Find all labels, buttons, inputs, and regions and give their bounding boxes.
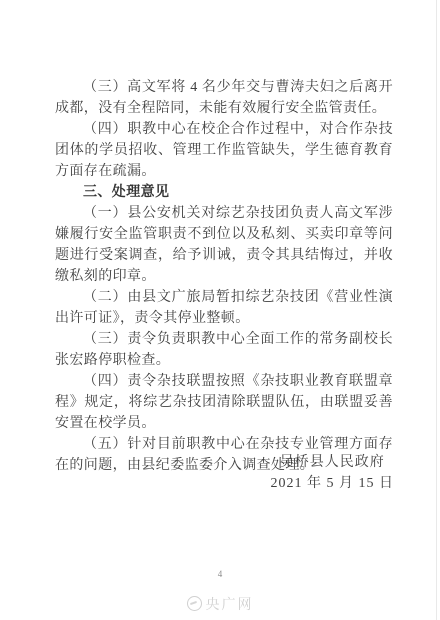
document-body: （三）高文军将 4 名少年交与曹涛夫妇之后离开成都，没有全程陪同，未能有效履行安…	[55, 77, 393, 476]
paragraph: （一）县公安机关对综艺杂技团负责人高文军涉嫌履行安全监管职责不到位以及私刻、买卖…	[55, 203, 393, 287]
paragraph: （四）责令杂技联盟按照《杂技职业教育联盟章程》规定，将综艺杂技团清除联盟队伍，由…	[55, 371, 393, 434]
watermark-text: 央广网	[206, 596, 254, 612]
paragraph: （三）责令负责职教中心全面工作的常务副校长张宏路停职检查。	[55, 329, 393, 371]
paragraph: （二）由县文广旅局暂扣综艺杂技团《营业性演出许可证》，责令其停业整顿。	[55, 287, 393, 329]
document-page: （三）高文军将 4 名少年交与曹涛夫妇之后离开成都，没有全程陪同，未能有效履行安…	[0, 0, 440, 620]
paragraph: （三）高文军将 4 名少年交与曹涛夫妇之后离开成都，没有全程陪同，未能有效履行安…	[55, 77, 393, 119]
watermark: 央广网	[0, 594, 440, 614]
page-edge-divider	[436, 0, 437, 620]
cnr-logo-icon	[187, 596, 202, 611]
paragraph: （四）职教中心在校企合作过程中，对合作杂技团体的学员招收、管理工作监管缺失，学生…	[55, 119, 393, 182]
signature-block: 吴桥县人民政府 2021 年 5 月 15 日	[271, 452, 395, 494]
page-number: 4	[0, 569, 440, 579]
signature-date: 2021 年 5 月 15 日	[271, 473, 395, 494]
section-heading: 三、处理意见	[55, 182, 393, 203]
signature-issuer: 吴桥县人民政府	[271, 452, 395, 473]
